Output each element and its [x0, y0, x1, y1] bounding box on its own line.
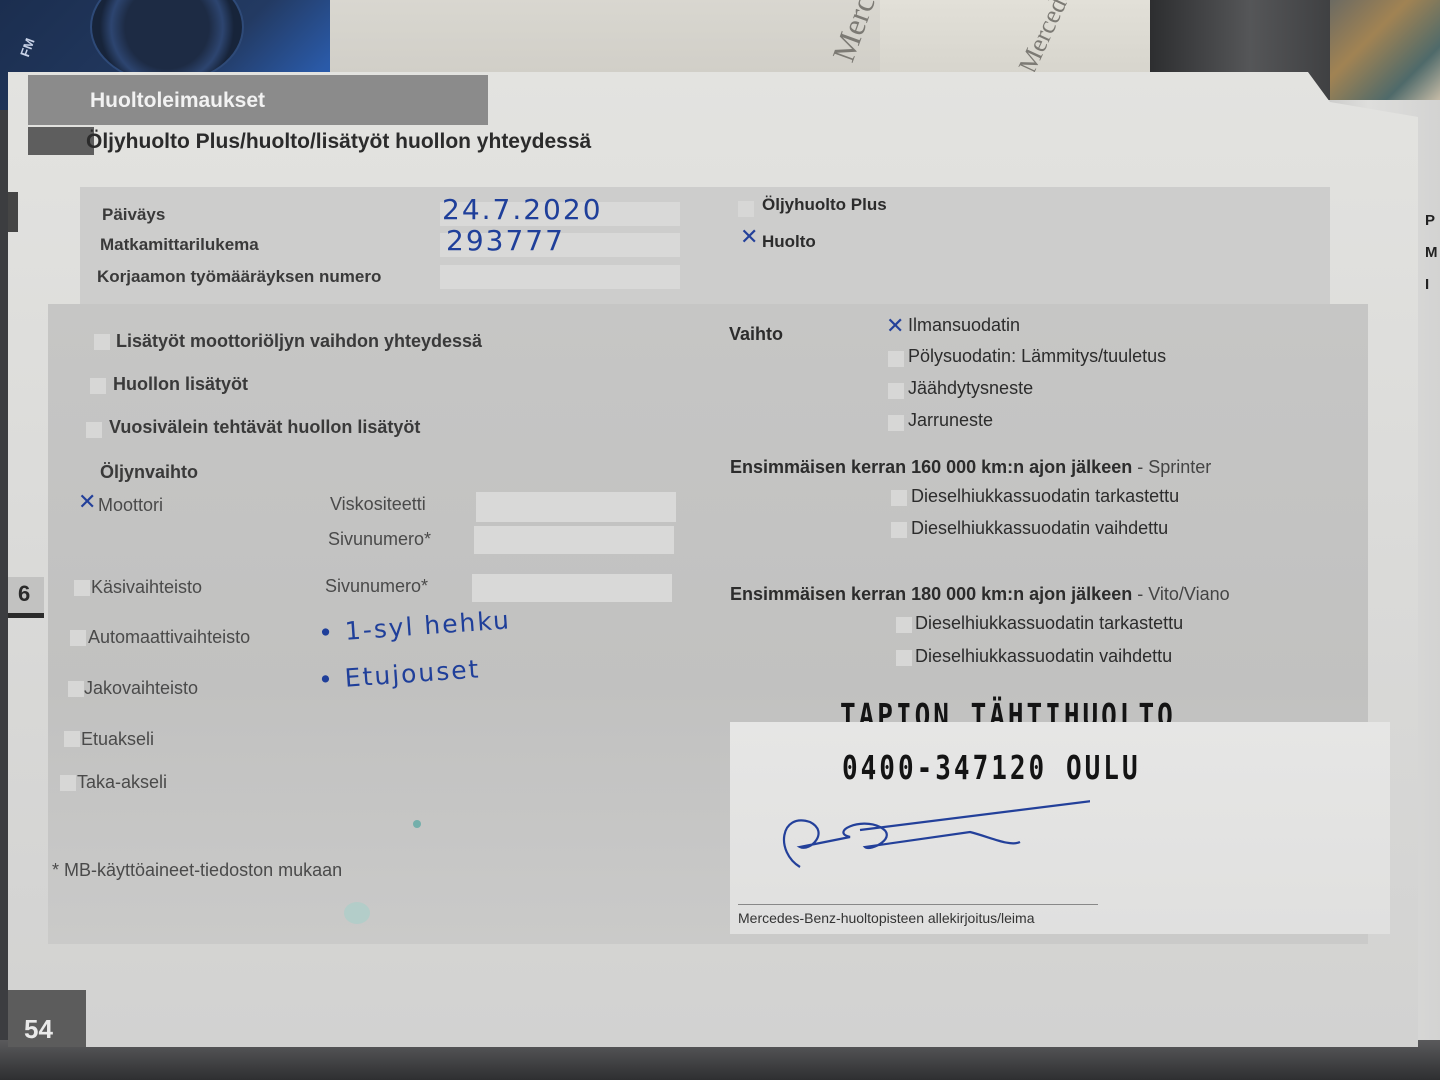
ink-smudge — [344, 902, 370, 924]
cabin-filter-checkbox[interactable] — [888, 351, 904, 367]
page-number-label-gearbox: Sivunumero* — [325, 576, 428, 597]
coolant-label: Jäähdytysneste — [908, 378, 1033, 399]
rear-axle-label: Taka-akseli — [77, 772, 167, 793]
viscosity-label: Viskositeetti — [330, 494, 426, 515]
vito-dpf-checked-label: Dieselhiukkassuodatin tarkastettu — [915, 613, 1183, 634]
page-number-label-engine: Sivunumero* — [328, 529, 431, 550]
vito-heading: Ensimmäisen kerran 180 000 km:n ajon jäl… — [730, 584, 1230, 605]
brake-fluid-label: Jarruneste — [908, 410, 993, 431]
cabin-filter-label: Pölysuodatin: Lämmitys/tuuletus — [908, 346, 1166, 367]
automatic-gearbox-label: Automaattivaihteisto — [88, 627, 250, 648]
ink-dot — [413, 820, 421, 828]
stamp-phone: 0400-347120 — [842, 750, 1047, 788]
work-order-label: Korjaamon työmääräyksen numero — [97, 267, 381, 287]
manual-gearbox-label: Käsivaihteisto — [91, 577, 202, 598]
vito-dpf-checked-checkbox[interactable] — [896, 617, 912, 633]
signature-stamp-box[interactable]: 0400-347120 OULU Mercedes-Benz-huoltopis… — [730, 722, 1390, 934]
page-subtitle: Öljyhuolto Plus/huolto/lisätyöt huollon … — [86, 130, 591, 154]
service-record-page: Huoltoleimaukset Öljyhuolto Plus/huolto/… — [8, 72, 1418, 1047]
brake-fluid-checkbox[interactable] — [888, 415, 904, 431]
date-value: 24.7.2020 — [442, 193, 603, 226]
oil-service-plus-label: Öljyhuolto Plus — [762, 195, 887, 215]
coolant-checkbox[interactable] — [888, 383, 904, 399]
odometer-label: Matkamittarilukema — [100, 235, 259, 255]
oil-change-heading: Öljynvaihto — [100, 462, 198, 483]
engine-label: Moottori — [98, 495, 163, 516]
manual-gearbox-checkbox[interactable] — [74, 580, 90, 596]
annual-extras-checkbox[interactable] — [86, 422, 102, 438]
sprinter-dpf-checked-label: Dieselhiukkassuodatin tarkastettu — [911, 486, 1179, 507]
footnote: * MB-käyttöaineet-tiedoston mukaan — [52, 860, 342, 881]
sprinter-heading: Ensimmäisen kerran 160 000 km:n ajon jäl… — [730, 457, 1211, 478]
odometer-value: 293777 — [446, 224, 565, 257]
rear-axle-checkbox[interactable] — [60, 775, 76, 791]
signature-caption: Mercedes-Benz-huoltopisteen allekirjoitu… — [738, 910, 1034, 926]
service-extras-checkbox[interactable] — [90, 378, 106, 394]
section-title: Huoltoleimaukset — [90, 89, 265, 113]
huolto-checkmark-icon[interactable]: ✕ — [740, 225, 758, 250]
sprinter-dpf-replaced-checkbox[interactable] — [891, 522, 907, 538]
date-label: Päiväys — [102, 205, 165, 225]
right-page-letters: P M I — [1425, 205, 1438, 301]
viscosity-field[interactable] — [476, 492, 676, 522]
sprinter-dpf-checked-checkbox[interactable] — [891, 490, 907, 506]
sprinter-dpf-replaced-label: Dieselhiukkassuodatin vaihdettu — [911, 518, 1168, 539]
stamp-city: OULU — [1066, 750, 1141, 788]
extras-engine-oil-checkbox[interactable] — [94, 334, 110, 350]
automatic-gearbox-checkbox[interactable] — [70, 630, 86, 646]
engine-checkmark-icon[interactable]: ✕ — [78, 490, 96, 515]
air-filter-label: Ilmansuodatin — [908, 315, 1020, 336]
front-axle-checkbox[interactable] — [64, 731, 80, 747]
vito-dpf-replaced-label: Dieselhiukkassuodatin vaihdettu — [915, 646, 1172, 667]
top-form-panel: Päiväys 24.7.2020 Matkamittarilukema 293… — [80, 187, 1330, 305]
signature-icon — [770, 792, 1090, 892]
section-tab: Huoltoleimaukset — [28, 75, 488, 125]
oil-service-plus-checkbox[interactable] — [738, 201, 754, 217]
chapter-tab: 6 — [8, 577, 44, 618]
annual-extras-label: Vuosivälein tehtävät huollon lisätyöt — [109, 417, 420, 438]
subtitle-marker — [28, 127, 94, 155]
handwritten-note-2: • Etujouset — [317, 654, 481, 694]
huolto-label: Huolto — [762, 232, 816, 252]
page-number-field-engine[interactable] — [474, 526, 674, 554]
service-extras-label: Huollon lisätyöt — [113, 374, 248, 395]
replacement-label: Vaihto — [729, 324, 783, 345]
work-order-field[interactable] — [440, 265, 680, 289]
air-filter-checkmark-icon[interactable]: ✕ — [886, 314, 904, 339]
transfer-case-checkbox[interactable] — [68, 681, 84, 697]
extras-engine-oil-label: Lisätyöt moottoriöljyn vaihdon yhteydess… — [116, 331, 482, 352]
front-axle-label: Etuakseli — [81, 729, 154, 750]
vito-dpf-replaced-checkbox[interactable] — [896, 650, 912, 666]
handwritten-note-1: • 1-syl hehku — [317, 605, 512, 647]
page-number-field-gearbox[interactable] — [472, 574, 672, 602]
transfer-case-label: Jakovaihteisto — [84, 678, 198, 699]
